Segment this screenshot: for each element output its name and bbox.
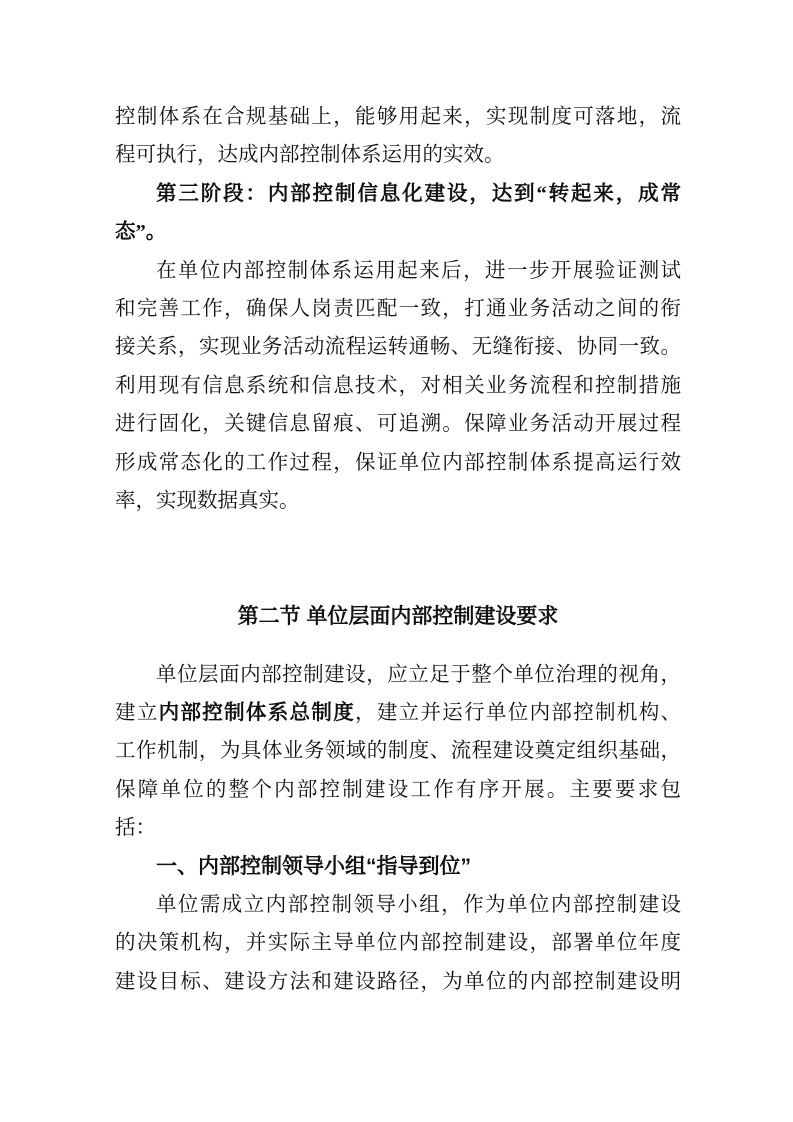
text-run: 单位层面内部控制建设，应立足于整个单位治理的视角， bbox=[156, 664, 681, 686]
text-line: 和完善工作，确保人岗责匹配一致，打通业务活动之间的衔 bbox=[115, 290, 681, 328]
text-run: 工作机制，为具体业务领域的制度、流程建设奠定组织基础， bbox=[115, 740, 681, 762]
text-line: 的决策机构，并实际主导单位内部控制建设，部署单位年度 bbox=[115, 924, 681, 962]
text-line: 形成常态化的工作过程，保证单位内部控制体系提高运行效 bbox=[115, 444, 681, 482]
text-run: 建设目标、建设方法和建设路径，为单位的内部控制建设明 bbox=[115, 971, 681, 993]
paragraph-continuation: 控制体系在合规基础上，能够用起来，实现制度可落地，流程可执行，达成内部控制体系运… bbox=[115, 98, 681, 175]
text-run: 利用现有信息系统和信息技术，对相关业务流程和控制措施 bbox=[115, 375, 681, 397]
text-run: 进行固化，关键信息留痕、可追溯。保障业务活动开展过程 bbox=[115, 413, 681, 435]
text-run: 括： bbox=[115, 817, 156, 839]
text-line: 控制体系在合规基础上，能够用起来，实现制度可落地，流 bbox=[115, 98, 681, 136]
text-run: 率，实现数据真实。 bbox=[115, 490, 300, 512]
text-line: 括： bbox=[115, 809, 681, 847]
text-line: 进行固化，关键信息留痕、可追溯。保障业务活动开展过程 bbox=[115, 405, 681, 443]
text-run: ，建立并运行单位内部控制机构、 bbox=[355, 702, 681, 724]
text-line: 单位需成立内部控制领导小组，作为单位内部控制建设 bbox=[115, 886, 681, 924]
text-line: 利用现有信息系统和信息技术，对相关业务流程和控制措施 bbox=[115, 367, 681, 405]
text-line: 建设目标、建设方法和建设路径，为单位的内部控制建设明 bbox=[115, 963, 681, 1001]
text-line: 率，实现数据真实。 bbox=[115, 482, 681, 520]
subsection-heading-leadership: 一、内部控制领导小组“指导到位” bbox=[115, 848, 681, 886]
text-line: 程可执行，达成内部控制体系运用的实效。 bbox=[115, 136, 681, 174]
text-run: 程可执行，达成内部控制体系运用的实效。 bbox=[115, 144, 505, 166]
text-line: 单位层面内部控制建设，应立足于整个单位治理的视角， bbox=[115, 656, 681, 694]
bold-text-run: 第三阶段：内部控制信息化建设，达到“转起来，成常 bbox=[156, 183, 681, 205]
text-run: 建立 bbox=[115, 702, 159, 724]
text-line: 态”。 bbox=[115, 213, 681, 251]
paragraph-stage-three: 第三阶段：内部控制信息化建设，达到“转起来，成常态”。 bbox=[115, 175, 681, 252]
text-line: 接关系，实现业务活动流程运转通畅、无缝衔接、协同一致。 bbox=[115, 328, 681, 366]
paragraph-unit-level-overview: 单位层面内部控制建设，应立足于整个单位治理的视角，建立内部控制体系总制度，建立并… bbox=[115, 656, 681, 848]
document-page: 控制体系在合规基础上，能够用起来，实现制度可落地，流程可执行，达成内部控制体系运… bbox=[0, 0, 793, 1122]
text-run: 在单位内部控制体系运用起来后，进一步开展验证测试 bbox=[156, 260, 681, 282]
paragraph-leadership-detail: 单位需成立内部控制领导小组，作为单位内部控制建设的决策机构，并实际主导单位内部控… bbox=[115, 886, 681, 1001]
page-body: 控制体系在合规基础上，能够用起来，实现制度可落地，流程可执行，达成内部控制体系运… bbox=[115, 98, 681, 1001]
text-line: 建立内部控制体系总制度，建立并运行单位内部控制机构、 bbox=[115, 694, 681, 732]
text-line: 在单位内部控制体系运用起来后，进一步开展验证测试 bbox=[115, 252, 681, 290]
text-run: 接关系，实现业务活动流程运转通畅、无缝衔接、协同一致。 bbox=[115, 336, 681, 358]
text-line: 保障单位的整个内部控制建设工作有序开展。主要要求包 bbox=[115, 771, 681, 809]
text-line: 工作机制，为具体业务领域的制度、流程建设奠定组织基础， bbox=[115, 732, 681, 770]
text-run: 控制体系在合规基础上，能够用起来，实现制度可落地，流 bbox=[115, 106, 681, 128]
bold-text-run: 态”。 bbox=[115, 221, 166, 243]
text-line: 第三阶段：内部控制信息化建设，达到“转起来，成常 bbox=[115, 175, 681, 213]
section-heading: 第二节 单位层面内部控制建设要求 bbox=[115, 598, 681, 636]
text-run: 单位需成立内部控制领导小组，作为单位内部控制建设 bbox=[156, 894, 681, 916]
paragraph-stage-three-detail: 在单位内部控制体系运用起来后，进一步开展验证测试和完善工作，确保人岗责匹配一致，… bbox=[115, 252, 681, 521]
text-run: 和完善工作，确保人岗责匹配一致，打通业务活动之间的衔 bbox=[115, 298, 681, 320]
text-run: 的决策机构，并实际主导单位内部控制建设，部署单位年度 bbox=[115, 932, 681, 954]
bold-text-run: 内部控制体系总制度 bbox=[159, 702, 355, 724]
text-run: 保障单位的整个内部控制建设工作有序开展。主要要求包 bbox=[115, 779, 681, 801]
text-run: 形成常态化的工作过程，保证单位内部控制体系提高运行效 bbox=[115, 452, 681, 474]
